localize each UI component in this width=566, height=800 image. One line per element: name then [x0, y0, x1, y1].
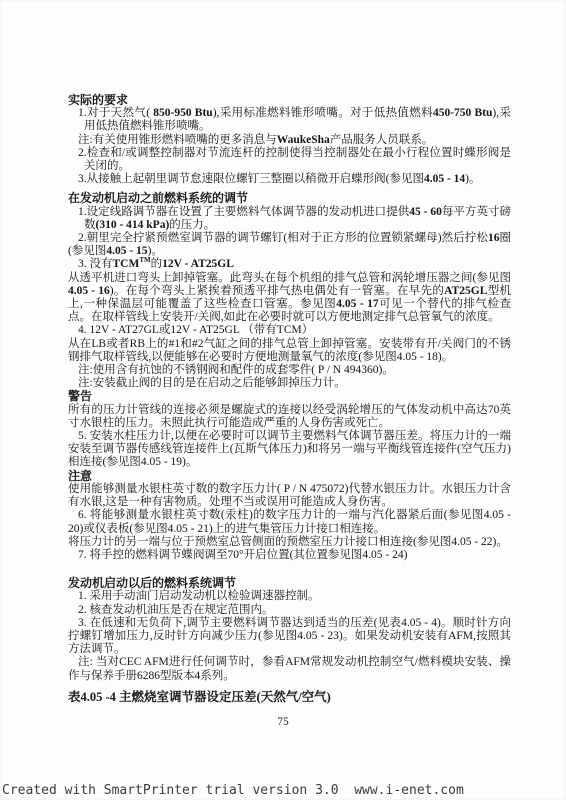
page-number: 75	[0, 716, 566, 728]
warning-heading: 警告	[68, 390, 511, 403]
note-line: 注:有关使用锥形燃料喷嘴的更多消息与WaukeSha产品服务人员联系。	[68, 134, 511, 147]
list-item: 1. 采用手动油门启动发动机以检验调速器控制。	[68, 590, 511, 603]
list-item: 2.朝里完全拧紧预燃室调节器的调节螺钉(相对于正方形的位置锁紧螺母)然后拧松16…	[68, 232, 511, 258]
list-item: 6. 将能够测量水银柱英寸数(汞柱)的数字压力计的一端与汽化器紧后面(参见图4.…	[68, 509, 511, 535]
list-item: 5. 安装水柱压力计,以便在必要时可以调节主要燃料气体调节器压差。将压力计的一端…	[68, 430, 511, 470]
list-item: 3. 在低速和无负荷下,调节主要燃料调节器达到适当的压差(见表4.05 - 4)…	[68, 617, 511, 657]
list-item: 2.检查和/或调整控制器对节流连杆的控制使得当控制器处在最小行程位置时蝶形阀是关…	[68, 147, 511, 173]
table-caption: 表4.05 -4 主燃烧室调节器设定压差(天然气/空气)	[68, 691, 511, 704]
note-line: 注:使用含有抗蚀的不锈钢阀和配件的成套零件( P / N 494360)。	[68, 364, 511, 377]
list-item: 3.从接触上起朝里调节怠速限位螺钉三整圈以稍微开启蝶形阀(参见图4.05 - 1…	[68, 173, 511, 186]
paragraph: 从透平机进口弯头上卸掉管塞。此弯头在每个机组的排气总管和涡轮增压器之间(参见图4…	[68, 272, 511, 325]
list-item: 1.对于天然气( 850-950 Btu),采用标准燃料锥形喷嘴。对于低热值燃料…	[68, 107, 511, 133]
paragraph: 从在LB或者RB上的#1和#2气缸之间的排气总管上卸掉管塞。安装带有开/关阀门的…	[68, 338, 511, 364]
paragraph: 使用能够测量水银柱英寸数的数字压力计( P / N 475072)代替水银压力计…	[68, 483, 511, 509]
heading-practical-requirements: 实际的要求	[68, 94, 511, 107]
document-page: 实际的要求 1.对于天然气( 850-950 Btu),采用标准燃料锥形喷嘴。对…	[0, 0, 566, 800]
heading-pre-start-adjustment: 在发动机启动之前燃料系统的调节	[68, 192, 511, 205]
paragraph: 所有的压力计管线的连接必须是螺旋式的连接以经受涡轮增压的气体发动机中高达70英寸…	[68, 404, 511, 430]
heading-post-start-adjustment: 发动机启动以后的燃料系统调节	[68, 577, 511, 590]
list-item: 4. 12V - AT27GL或12V - AT25GL （带有TCM）	[68, 324, 511, 337]
paragraph: 将压力计的另一端与位于预燃室总管侧面的预燃室压力计接口相连接(参见图4.05 -…	[68, 536, 511, 549]
page-content: 实际的要求 1.对于天然气( 850-950 Btu),采用标准燃料锥形喷嘴。对…	[68, 94, 511, 704]
list-item: 3. 没有TCMTM的12V - AT25GL	[68, 258, 511, 271]
note-line: 注:安装截止阀的目的是在启动之后能够卸掉压力计。	[68, 377, 511, 390]
note-line: 注: 当对CEC AFM进行任何调节时，参看AFM常规发动机控制空气/燃料模块安…	[68, 656, 511, 682]
list-item: 2. 核查发动机油压是否在规定范围内。	[68, 604, 511, 617]
list-item: 7. 将手控的燃料调节蝶阀调至70°开启位置(其位置参见图4.05 - 24)	[68, 549, 511, 562]
watermark-footer: Created with SmartPrinter trial version …	[2, 783, 464, 798]
list-item: 1.设定线路调节器在设置了主要燃料气体调节器的发动机进口提供45 - 60每平方…	[68, 206, 511, 232]
notice-heading: 注意	[68, 470, 511, 483]
